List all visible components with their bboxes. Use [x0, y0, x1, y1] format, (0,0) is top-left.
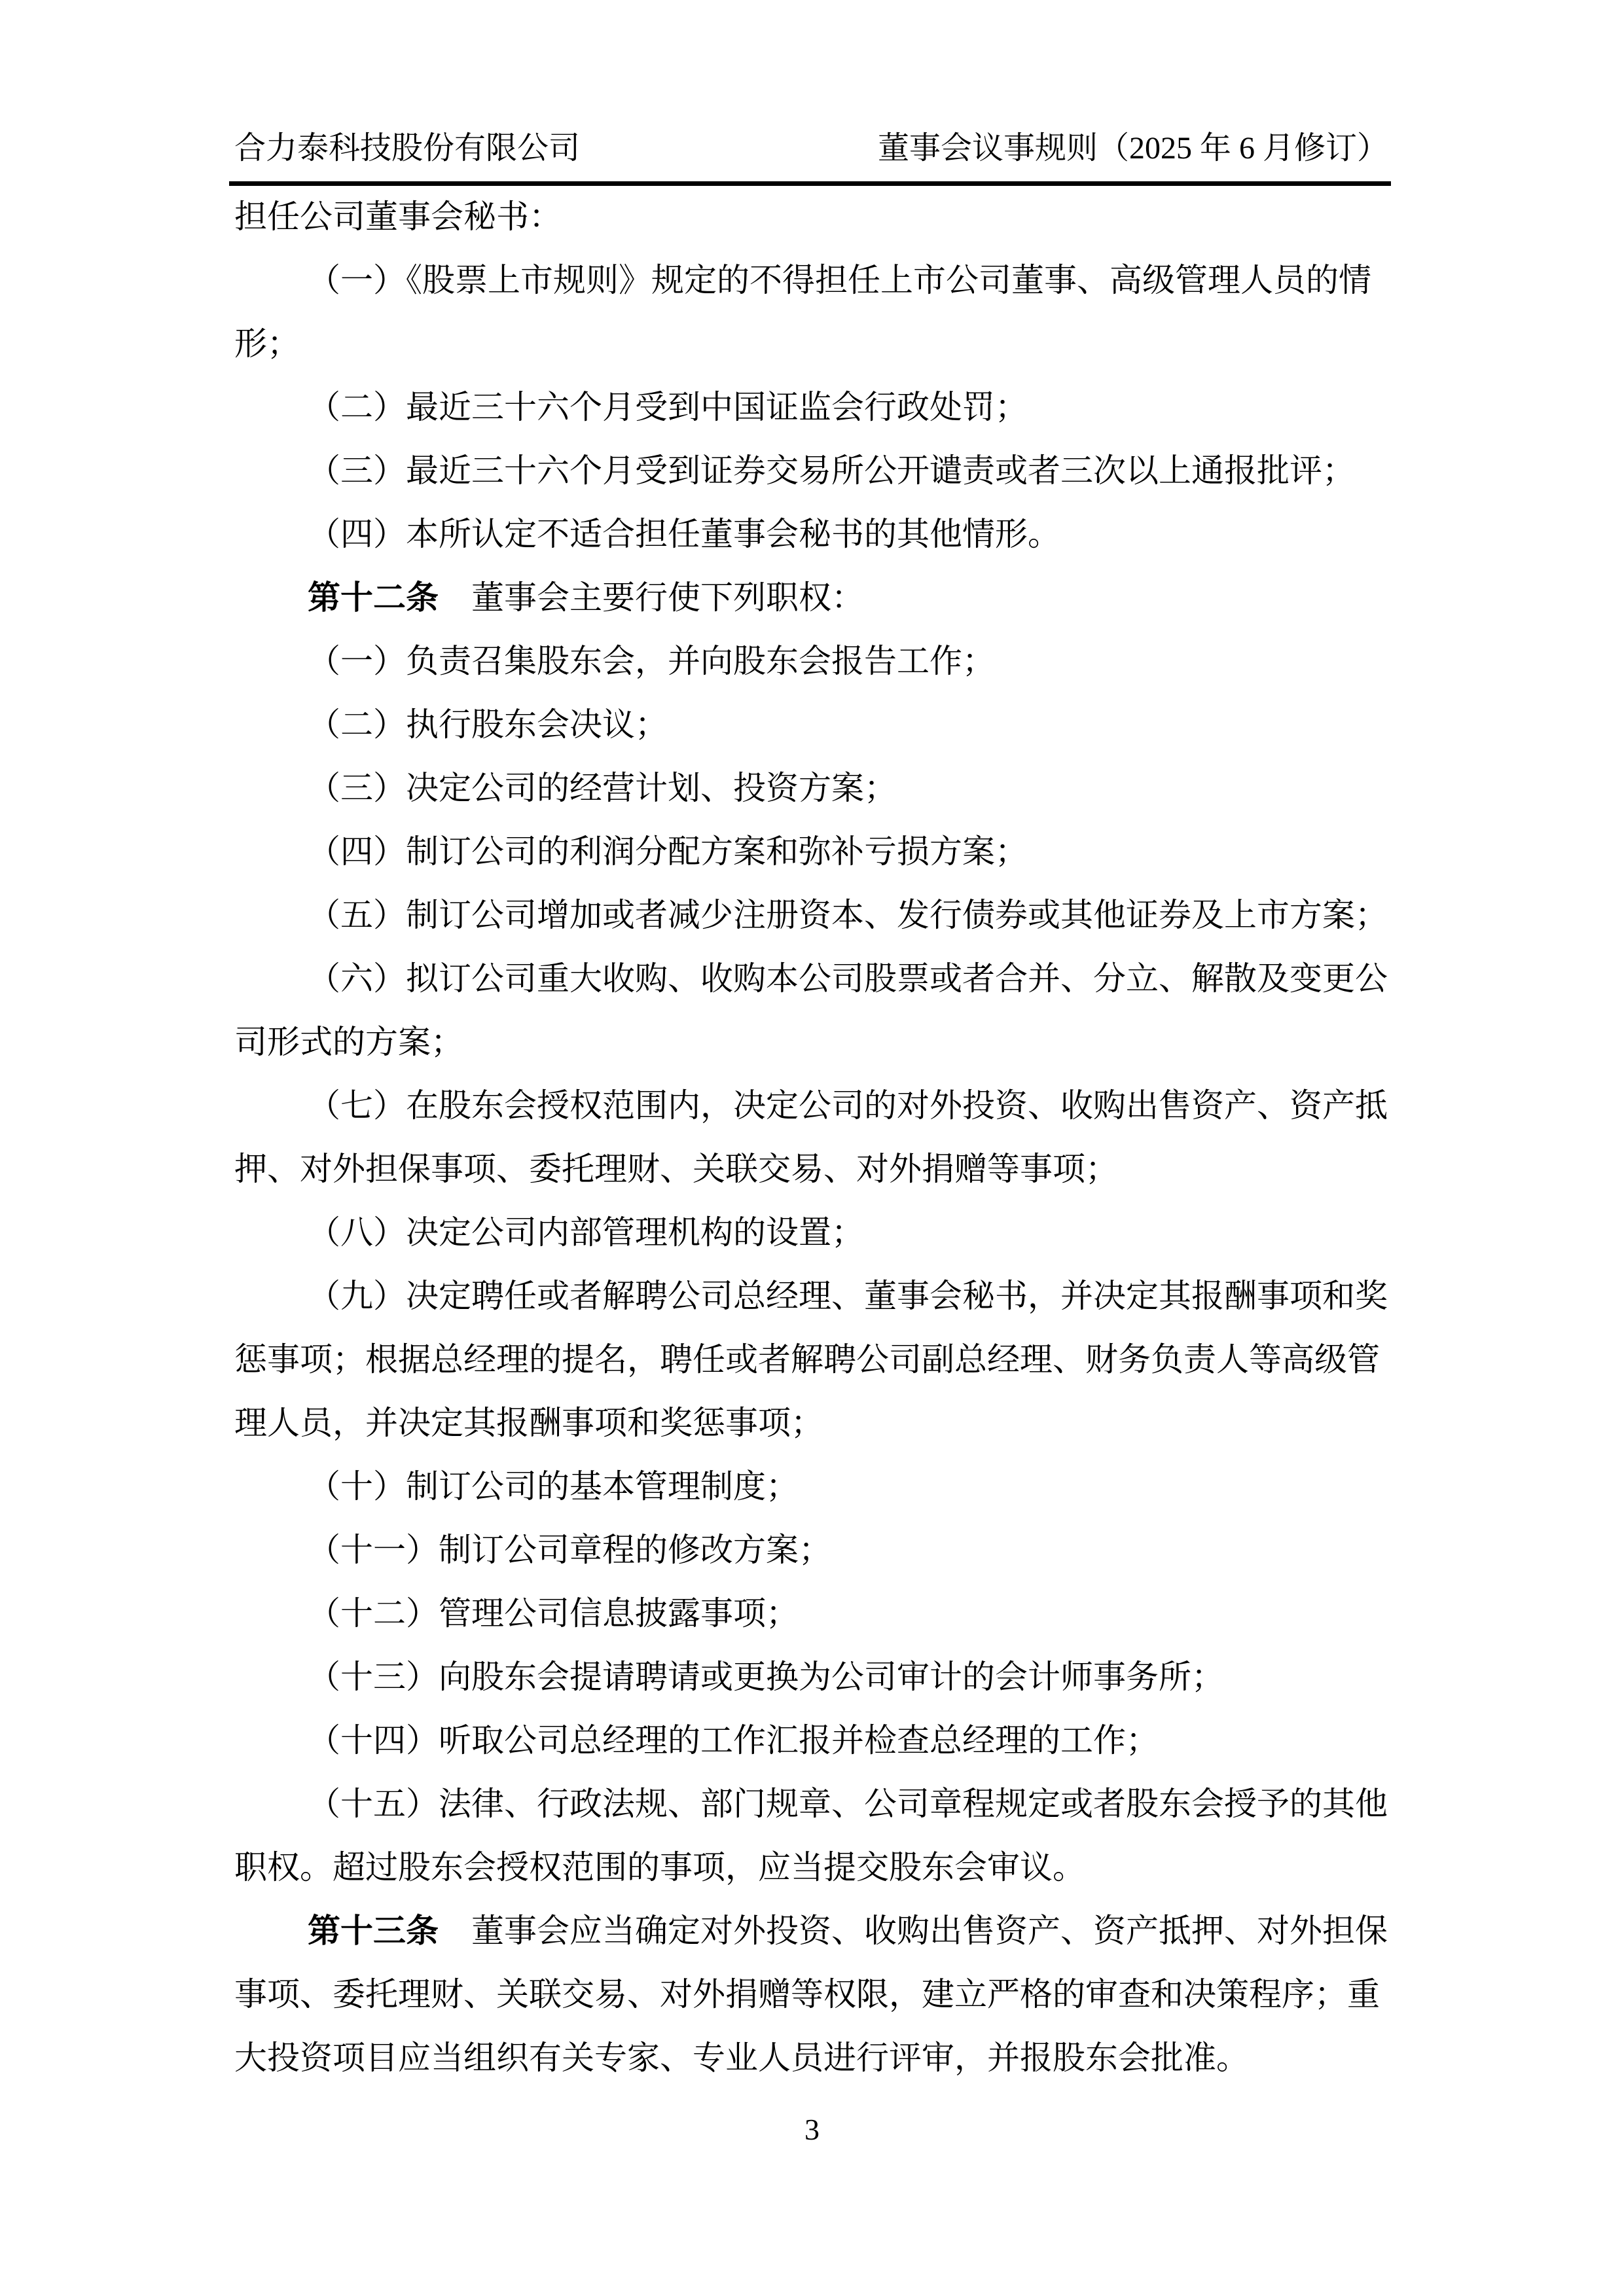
text-line: （十三）向股东会提请聘请或更换为公司审计的会计师事务所； — [234, 1645, 1391, 1709]
line-text: （十一）制订公司章程的修改方案； — [308, 1532, 831, 1568]
document-body: 担任公司董事会秘书：（一）《股票上市规则》规定的不得担任上市公司董事、高级管理人… — [234, 185, 1391, 2090]
text-line: （七）在股东会授权范围内，决定公司的对外投资、收购出售资产、资产抵 — [234, 1074, 1391, 1138]
header-doc-title: 董事会议事规则（2025 年 6 月修订） — [878, 128, 1388, 169]
line-text: （二）执行股东会决议； — [308, 706, 668, 743]
line-text: 董事会应当确定对外投资、收购出售资产、资产抵押、对外担保 — [439, 1912, 1388, 1949]
line-text: （三）最近三十六个月受到证券交易所公开谴责或者三次以上通报批评； — [308, 452, 1355, 489]
line-text: 理人员，并决定其报酬事项和奖惩事项； — [234, 1405, 823, 1441]
text-line: 惩事项；根据总经理的提名，聘任或者解聘公司副总经理、财务负责人等高级管 — [234, 1328, 1391, 1391]
text-line: （二）执行股东会决议； — [234, 693, 1391, 757]
text-line: （六）拟订公司重大收购、收购本公司股票或者合并、分立、解散及变更公 — [234, 947, 1391, 1011]
text-line: （三）最近三十六个月受到证券交易所公开谴责或者三次以上通报批评； — [234, 439, 1391, 503]
text-line: （十一）制订公司章程的修改方案； — [234, 1518, 1391, 1582]
line-text: 司形式的方案； — [234, 1024, 463, 1060]
text-line: 担任公司董事会秘书： — [234, 185, 1391, 249]
line-text: 董事会主要行使下列职权： — [439, 579, 864, 616]
page-footer: 3 — [0, 2110, 1624, 2149]
line-text: （四）本所认定不适合担任董事会秘书的其他情形。 — [308, 516, 1060, 552]
text-line: （四）本所认定不适合担任董事会秘书的其他情形。 — [234, 503, 1391, 566]
text-line: 形； — [234, 312, 1391, 376]
line-text: （十二）管理公司信息披露事项； — [308, 1595, 799, 1632]
line-text: 职权。超过股东会授权范围的事项，应当提交股东会审议。 — [234, 1849, 1085, 1886]
line-text: （一）负责召集股东会，并向股东会报告工作； — [308, 643, 995, 679]
line-text: （十三）向股东会提请聘请或更换为公司审计的会计师事务所； — [308, 1659, 1224, 1695]
text-line: （三）决定公司的经营计划、投资方案； — [234, 757, 1391, 820]
line-text: （四）制订公司的利润分配方案和弥补亏损方案； — [308, 833, 1028, 870]
line-text: （七）在股东会授权范围内，决定公司的对外投资、收购出售资产、资产抵 — [308, 1087, 1388, 1124]
text-line: 第十三条 董事会应当确定对外投资、收购出售资产、资产抵押、对外担保 — [234, 1899, 1391, 1963]
text-line: （十五）法律、行政法规、部门规章、公司章程规定或者股东会授予的其他 — [234, 1772, 1391, 1836]
line-text: 押、对外担保事项、委托理财、关联交易、对外捐赠等事项； — [234, 1151, 1118, 1187]
page-number: 3 — [804, 2113, 820, 2146]
page-header: 合力泰科技股份有限公司 董事会议事规则（2025 年 6 月修订） — [234, 128, 1388, 169]
text-line: （五）制订公司增加或者减少注册资本、发行债券或其他证券及上市方案； — [234, 884, 1391, 947]
line-text: （一）《股票上市规则》规定的不得担任上市公司董事、高级管理人员的情 — [308, 262, 1371, 298]
text-line: （八）决定公司内部管理机构的设置； — [234, 1201, 1391, 1265]
line-text: （十）制订公司的基本管理制度； — [308, 1468, 799, 1505]
line-text: （八）决定公司内部管理机构的设置； — [308, 1214, 864, 1251]
text-line: 事项、委托理财、关联交易、对外捐赠等权限，建立严格的审查和决策程序；重 — [234, 1963, 1391, 2026]
line-text: （十四）听取公司总经理的工作汇报并检查总经理的工作； — [308, 1722, 1159, 1759]
header-company-name: 合力泰科技股份有限公司 — [234, 128, 580, 169]
line-text: （六）拟订公司重大收购、收购本公司股票或者合并、分立、解散及变更公 — [308, 960, 1388, 997]
line-text: 形； — [234, 325, 300, 362]
text-line: 司形式的方案； — [234, 1011, 1391, 1074]
article-number-bold: 第十三条 — [308, 1912, 439, 1949]
line-text: （九）决定聘任或者解聘公司总经理、董事会秘书，并决定其报酬事项和奖 — [308, 1278, 1388, 1314]
line-text: （二）最近三十六个月受到中国证监会行政处罚； — [308, 389, 1028, 425]
text-line: （十）制订公司的基本管理制度； — [234, 1455, 1391, 1518]
text-line: （一）负责召集股东会，并向股东会报告工作； — [234, 630, 1391, 693]
line-text: （十五）法律、行政法规、部门规章、公司章程规定或者股东会授予的其他 — [308, 1785, 1388, 1822]
text-line: （九）决定聘任或者解聘公司总经理、董事会秘书，并决定其报酬事项和奖 — [234, 1265, 1391, 1328]
text-line: 第十二条 董事会主要行使下列职权： — [234, 566, 1391, 630]
text-line: （十四）听取公司总经理的工作汇报并检查总经理的工作； — [234, 1709, 1391, 1772]
line-text: 大投资项目应当组织有关专家、专业人员进行评审，并报股东会批准。 — [234, 2039, 1249, 2076]
document-page: 合力泰科技股份有限公司 董事会议事规则（2025 年 6 月修订） 担任公司董事… — [0, 0, 1624, 2296]
text-line: （二）最近三十六个月受到中国证监会行政处罚； — [234, 376, 1391, 439]
line-text: （五）制订公司增加或者减少注册资本、发行债券或其他证券及上市方案； — [308, 897, 1388, 933]
line-text: 担任公司董事会秘书： — [234, 198, 562, 235]
text-line: 职权。超过股东会授权范围的事项，应当提交股东会审议。 — [234, 1836, 1391, 1899]
line-text: （三）决定公司的经营计划、投资方案； — [308, 770, 897, 806]
article-number-bold: 第十二条 — [308, 579, 439, 616]
text-line: 理人员，并决定其报酬事项和奖惩事项； — [234, 1391, 1391, 1455]
text-line: 押、对外担保事项、委托理财、关联交易、对外捐赠等事项； — [234, 1138, 1391, 1201]
text-line: （十二）管理公司信息披露事项； — [234, 1582, 1391, 1645]
text-line: （四）制订公司的利润分配方案和弥补亏损方案； — [234, 820, 1391, 884]
line-text: 事项、委托理财、关联交易、对外捐赠等权限，建立严格的审查和决策程序；重 — [234, 1976, 1380, 2013]
text-line: 大投资项目应当组织有关专家、专业人员进行评审，并报股东会批准。 — [234, 2026, 1391, 2090]
text-line: （一）《股票上市规则》规定的不得担任上市公司董事、高级管理人员的情 — [234, 249, 1391, 312]
line-text: 惩事项；根据总经理的提名，聘任或者解聘公司副总经理、财务负责人等高级管 — [234, 1341, 1380, 1378]
